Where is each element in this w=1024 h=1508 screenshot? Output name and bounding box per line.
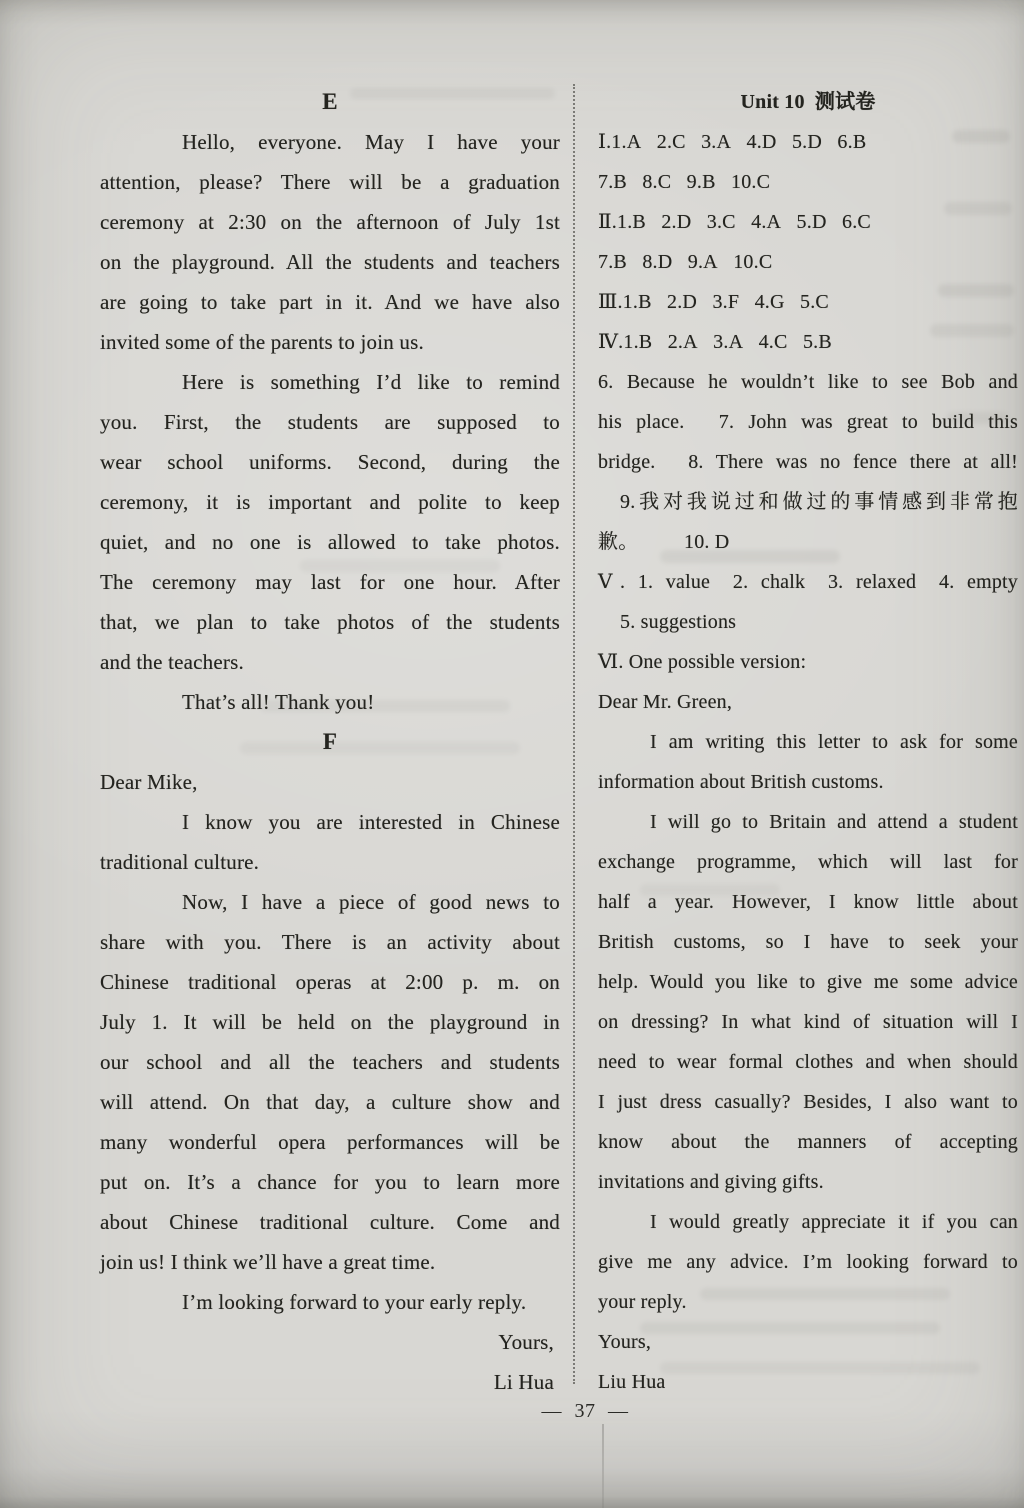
text-line: ceremony, it is important and polite to …	[100, 482, 560, 522]
text-line: 5. suggestions	[598, 602, 1018, 642]
text-line: 9.我对我说过和做过的事情感到非常抱	[598, 482, 1018, 522]
text-line: on dressing? In what kind of situation w…	[598, 1002, 1018, 1042]
text-line: need to wear formal clothes and when sho…	[598, 1042, 1018, 1082]
text-line: and the teachers.	[100, 642, 560, 682]
text-line: your reply.	[598, 1282, 1018, 1322]
text-line: July 1. It will be held on the playgroun…	[100, 1002, 560, 1042]
column-divider-dotted	[573, 84, 575, 1384]
text-line: invitations and giving gifts.	[598, 1162, 1018, 1202]
text-line: exchange programme, which will last for	[598, 842, 1018, 882]
text-line: Ⅲ.1.B 2.D 3.F 4.G 5.C	[598, 282, 1018, 322]
text-line: I know you are interested in Chinese	[100, 802, 560, 842]
text-line: traditional culture.	[100, 842, 560, 882]
text-line: information about British customs.	[598, 762, 1018, 802]
text-line: The ceremony may last for one hour. Afte…	[100, 562, 560, 602]
text-line: know about the manners of accepting	[598, 1122, 1018, 1162]
scanned-answer-page: { "page": { "number_display": "— 37 —" }…	[0, 0, 1024, 1508]
text-line: put on. It’s a chance for you to learn m…	[100, 1162, 560, 1202]
text-line: Now, I have a piece of good news to	[100, 882, 560, 922]
text-line: ceremony at 2:30 on the afternoon of Jul…	[100, 202, 560, 242]
text-line: That’s all! Thank you!	[100, 682, 560, 722]
text-line: I just dress casually? Besides, I also w…	[598, 1082, 1018, 1122]
text-line: share with you. There is an activity abo…	[100, 922, 560, 962]
text-line: Yours,	[100, 1322, 560, 1362]
section-heading: F	[100, 722, 560, 762]
text-line: Dear Mr. Green,	[598, 682, 1018, 722]
text-line: half a year. However, I know little abou…	[598, 882, 1018, 922]
text-line: Liu Hua	[598, 1362, 1018, 1402]
text-line: 7.B 8.D 9.A 10.C	[598, 242, 1018, 282]
text-line: I am writing this letter to ask for some	[598, 722, 1018, 762]
text-line: will attend. On that day, a culture show…	[100, 1082, 560, 1122]
text-line: 6. Because he wouldn’t like to see Bob a…	[598, 362, 1018, 402]
text-line: I will go to Britain and attend a studen…	[598, 802, 1018, 842]
text-line: quiet, and no one is allowed to take pho…	[100, 522, 560, 562]
text-line: about Chinese traditional culture. Come …	[100, 1202, 560, 1242]
text-line: our school and all the teachers and stud…	[100, 1042, 560, 1082]
text-line: attention, please? There will be a gradu…	[100, 162, 560, 202]
text-line: Ⅴ. 1. value 2. chalk 3. relaxed 4. empty	[598, 562, 1018, 602]
text-line: Hello, everyone. May I have your	[100, 122, 560, 162]
text-line: I would greatly appreciate it if you can	[598, 1202, 1018, 1242]
left-column: EHello, everyone. May I have yourattenti…	[100, 82, 560, 1402]
section-heading: Unit 10 测试卷	[598, 82, 1018, 122]
text-line: British customs, so I have to seek your	[598, 922, 1018, 962]
text-line: are going to take part in it. And we hav…	[100, 282, 560, 322]
text-line: Ⅱ.1.B 2.D 3.C 4.A 5.D 6.C	[598, 202, 1018, 242]
page-number: — 37 —	[510, 1394, 660, 1428]
text-line: his place. 7. John was great to build th…	[598, 402, 1018, 442]
text-line: give me any advice. I’m looking forward …	[598, 1242, 1018, 1282]
text-line: 7.B 8.C 9.B 10.C	[598, 162, 1018, 202]
text-line: many wonderful opera performances will b…	[100, 1122, 560, 1162]
text-line: Ⅰ.1.A 2.C 3.A 4.D 5.D 6.B	[598, 122, 1018, 162]
text-line: Ⅵ. One possible version:	[598, 642, 1018, 682]
text-line: join us! I think we’ll have a great time…	[100, 1242, 560, 1282]
text-line: Chinese traditional operas at 2:00 p. m.…	[100, 962, 560, 1002]
text-line: Dear Mike,	[100, 762, 560, 802]
text-line: Yours,	[598, 1322, 1018, 1362]
text-line: 歉。 10. D	[598, 522, 1018, 562]
scan-crease-line	[602, 1424, 604, 1508]
section-heading: E	[100, 82, 560, 122]
text-line: Li Hua	[100, 1362, 560, 1402]
text-line: on the playground. All the students and …	[100, 242, 560, 282]
text-line: I’m looking forward to your early reply.	[100, 1282, 560, 1322]
text-line: Ⅳ.1.B 2.A 3.A 4.C 5.B	[598, 322, 1018, 362]
text-line: bridge. 8. There was no fence there at a…	[598, 442, 1018, 482]
text-line: you. First, the students are supposed to	[100, 402, 560, 442]
right-column: Unit 10 测试卷Ⅰ.1.A 2.C 3.A 4.D 5.D 6.B7.B …	[598, 82, 1018, 1402]
text-line: wear school uniforms. Second, during the	[100, 442, 560, 482]
text-line: that, we plan to take photos of the stud…	[100, 602, 560, 642]
text-line: invited some of the parents to join us.	[100, 322, 560, 362]
text-line: help. Would you like to give me some adv…	[598, 962, 1018, 1002]
text-line: Here is something I’d like to remind	[100, 362, 560, 402]
